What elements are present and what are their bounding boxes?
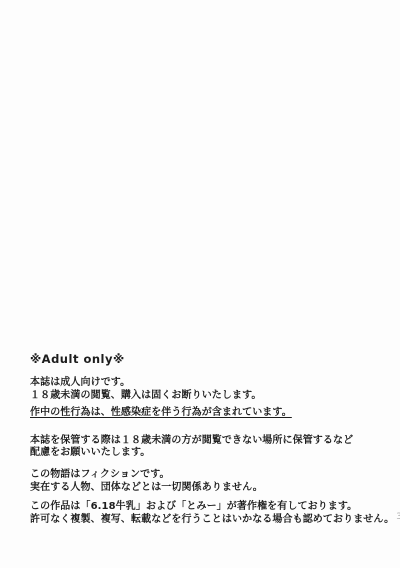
text-line: 実在する人物、団体などとは一切関係ありません。 bbox=[30, 482, 394, 495]
notice-text-block: ※Adult only※ 本誌は成人向けです。 １８歳未満の閲覧、購入は固くお断… bbox=[30, 352, 394, 526]
text-line: １８歳未満の閲覧、購入は固くお断りいたします。 bbox=[30, 390, 394, 403]
text-line: 配慮をお願いいたします。 bbox=[30, 447, 394, 460]
document-page: ※Adult only※ 本誌は成人向けです。 １８歳未満の閲覧、購入は固くお断… bbox=[0, 0, 400, 568]
text-line: 本誌を保管する際は１８歳未満の方が閲覧できない場所に保管するなど bbox=[30, 435, 394, 448]
paragraph-copyright-notice: この作品は「6.18牛乳」および「とみー」が著作権を有しております。 許可なく複… bbox=[30, 501, 394, 526]
adult-only-heading: ※Adult only※ bbox=[30, 352, 394, 366]
text-line: 許可なく複製、複写、転載などを行うことはいかなる場合も認めておりません。 bbox=[30, 514, 394, 527]
paragraph-content-warning: 作中の性行為は、性感染症を伴う行為が含まれています。 bbox=[30, 407, 394, 420]
text-line: 作中の性行為は、性感染症を伴う行為が含まれています。 bbox=[30, 407, 394, 420]
text-line: この物語はフィクションです。 bbox=[30, 469, 394, 482]
text-line: この作品は「6.18牛乳」および「とみー」が著作権を有しております。 bbox=[30, 501, 394, 514]
paragraph-fiction-disclaimer: この物語はフィクションです。 実在する人物、団体などとは一切関係ありません。 bbox=[30, 469, 394, 494]
paragraph-storage-notice: 本誌を保管する際は１８歳未満の方が閲覧できない場所に保管するなど 配慮をお願いい… bbox=[30, 435, 394, 460]
page-number: 3 bbox=[396, 512, 400, 522]
text-line: 本誌は成人向けです。 bbox=[30, 377, 394, 390]
paragraph-adult-notice: 本誌は成人向けです。 １８歳未満の閲覧、購入は固くお断りいたします。 bbox=[30, 377, 394, 402]
